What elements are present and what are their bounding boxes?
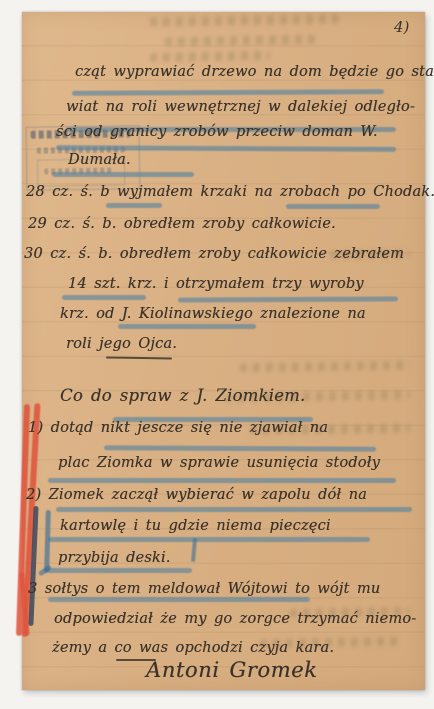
blue-margin-bracket [44, 510, 51, 572]
blue-underline-mark [44, 568, 192, 573]
blue-underline-mark [48, 478, 396, 483]
bleed-through-writing [240, 361, 410, 373]
blue-underline-mark [104, 445, 376, 451]
handwritten-line: 14 szt. krz. i otrzymałem trzy wyroby [68, 276, 364, 292]
blue-underline-mark [56, 507, 412, 512]
page-number: 4) [394, 18, 409, 36]
bleed-through-writing [165, 35, 315, 47]
handwritten-list-item: 3 sołtys o tem meldował Wójtowi to wójt … [28, 581, 380, 597]
signature: Antoni Gromek [146, 658, 318, 682]
blue-underline-mark [106, 203, 162, 208]
handwritten-list-item: 2) Ziomek zaczął wybierać w zapolu dół n… [26, 487, 367, 503]
handwritten-line-dated-entry: 30 cz. ś. b. obredłem zroby całkowicie z… [24, 246, 404, 262]
bleed-through-writing [150, 14, 340, 26]
blue-underline-mark [48, 537, 370, 542]
handwritten-line: cząt wyprawiać drzewo na dom będzie go s… [75, 64, 434, 80]
bleed-through-writing [150, 51, 270, 62]
blue-underline-mark [178, 296, 398, 302]
scanned-document: 4) [0, 0, 434, 709]
handwritten-line: wiat na roli wewnętrznej w dalekiej odle… [66, 99, 415, 115]
handwritten-line: żemy a co was opchodzi czyja kara. [52, 640, 334, 656]
blue-underline-mark [72, 89, 384, 96]
blue-underline-mark [52, 172, 194, 177]
handwritten-list-item: 1) dotąd nikt jescze się nie zjawiał na [28, 420, 328, 436]
section-heading-line: Co do spraw z J. Ziomkiem. [60, 386, 305, 405]
handwritten-line: przybija deski. [58, 550, 171, 566]
paper-sheet: 4) [22, 12, 425, 690]
handwritten-line: plac Ziomka w sprawie usunięcia stodoły [58, 455, 380, 471]
blue-underline-mark [62, 295, 146, 300]
handwritten-line: ści od granicy zrobów przeciw doman W. [56, 124, 378, 140]
handwritten-line: odpowiedział że my go zorgce trzymać nie… [54, 611, 416, 627]
handwritten-line: krz. od J. Kiolinawskiego znalezione na [60, 306, 366, 322]
handwritten-line-dated-entry: 28 cz. ś. b wyjmałem krzaki na zrobach p… [26, 184, 434, 200]
handwritten-line-dated-entry: 29 cz. ś. b. obredłem zroby całkowicie. [28, 216, 336, 232]
ink-underline-mark [106, 356, 172, 359]
handwritten-line: Dumała. [68, 152, 131, 168]
handwritten-line: roli jego Ojca. [66, 336, 177, 352]
blue-underline-mark [286, 204, 380, 209]
blue-underline-mark [48, 597, 310, 602]
blue-underline-mark [118, 324, 256, 329]
handwritten-line: kartowlę i tu gdzie niema pieczęci [60, 518, 331, 534]
blue-tick-mark [191, 538, 197, 562]
